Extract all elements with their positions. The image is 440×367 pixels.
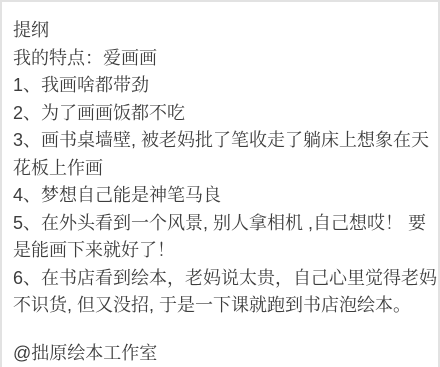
outline-item-6-line-1: 6、在书店看到绘本，老妈说太贵，自己心里觉得老妈 xyxy=(13,265,428,293)
trait-line: 我的特点：爱画画 xyxy=(13,45,428,73)
note-card: 提纲 我的特点：爱画画 1、我画啥都带劲 2、为了画画饭都不吃 3、画书桌墙壁,… xyxy=(0,0,440,367)
outline-item-3-line-1: 3、画书桌墙壁, 被老妈批了笔收走了躺床上想象在天 xyxy=(13,127,428,155)
outline-item-5-line-1: 5、在外头看到一个风景, 别人拿相机 ,自己想哎！ 要 xyxy=(13,210,428,238)
outline-item-2: 2、为了画画饭都不吃 xyxy=(13,100,428,128)
blank-line xyxy=(13,320,428,340)
outline-item-6-line-2: 不识货, 但又没招, 于是一下课就跑到书店泡绘本。 xyxy=(13,292,428,320)
outline-item-3-line-2: 花板上作画 xyxy=(13,155,428,183)
outline-title: 提纲 xyxy=(13,17,428,45)
outline-item-1: 1、我画啥都带劲 xyxy=(13,72,428,100)
signature-line: @拙原绘本工作室 xyxy=(13,340,428,367)
outline-item-5-line-2: 是能画下来就好了！ xyxy=(13,237,428,265)
outline-item-4: 4、梦想自己能是神笔马良 xyxy=(13,182,428,210)
